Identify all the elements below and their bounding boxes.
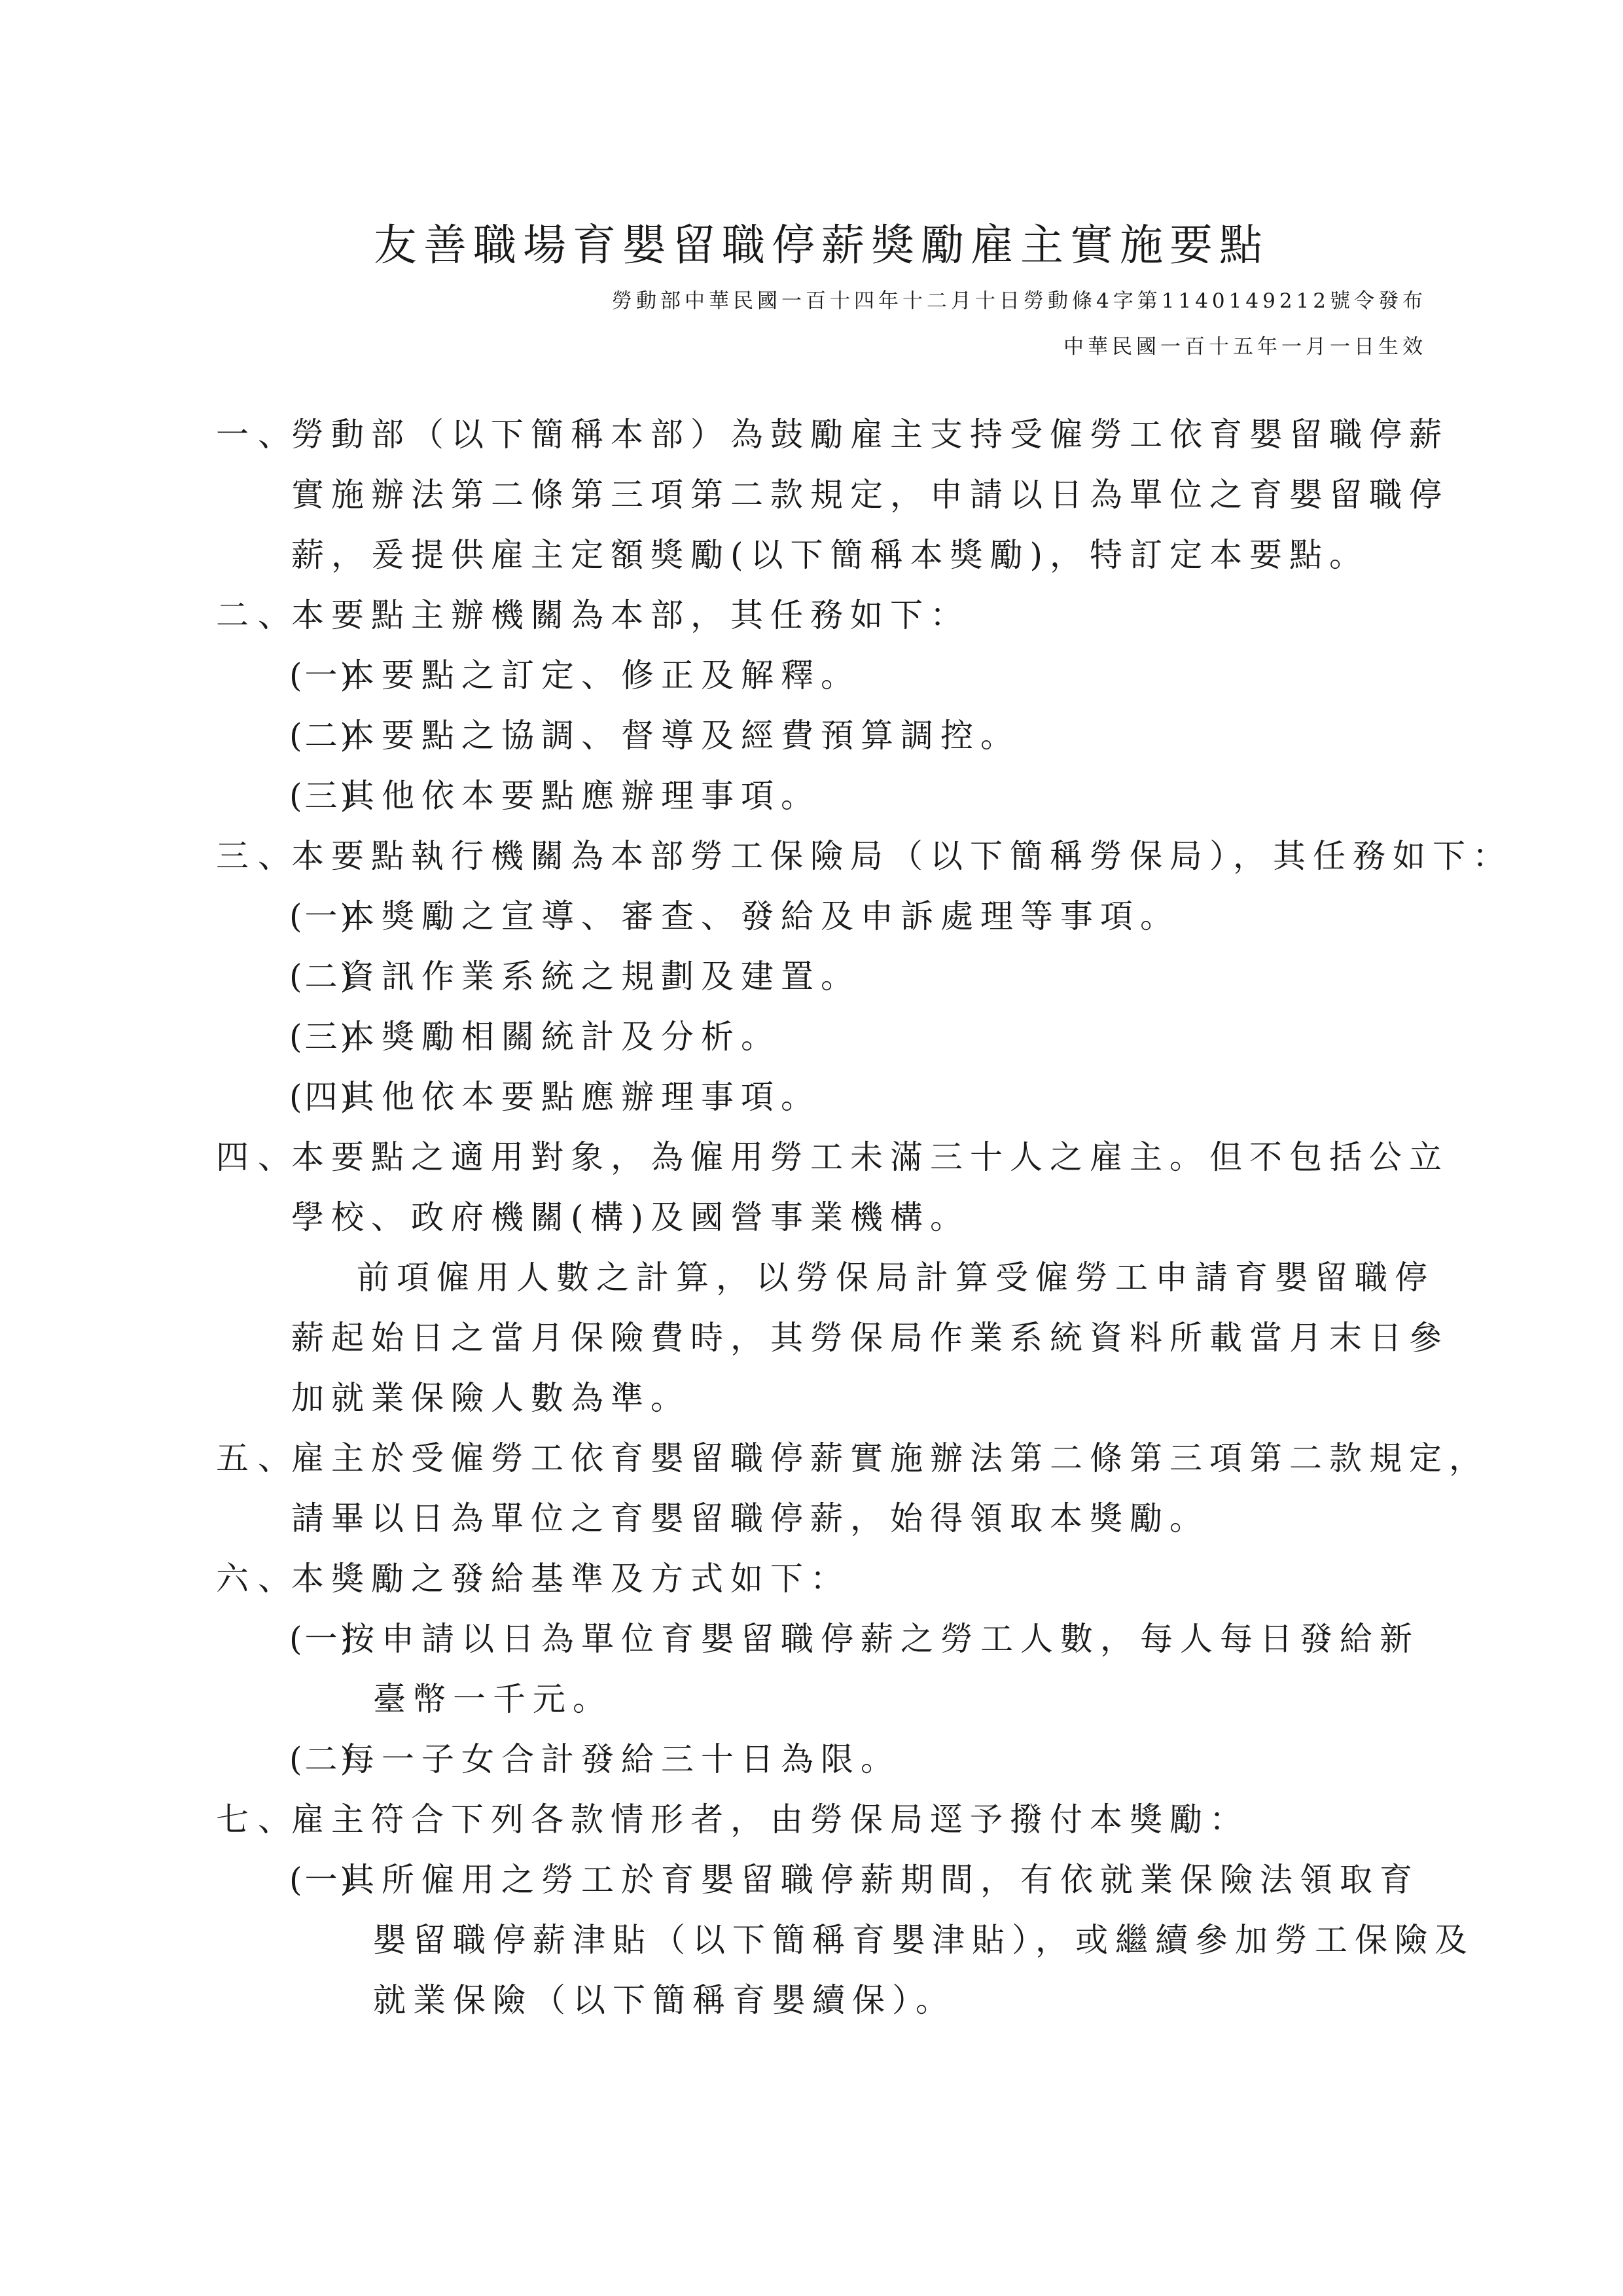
line-text: 本獎勵相關統計及分析。 (342, 1007, 781, 1067)
line-text: 本要點之協調、督導及經費預算調控。 (342, 706, 1020, 766)
section-number: 五、 (216, 1428, 300, 1488)
document-page: 友善職場育嬰留職停薪獎勵雇主實施要點 勞動部中華民國一百十四年十二月十日勞動條4… (0, 0, 1623, 2296)
continuation-line: 加就業保險人數為準。 (216, 1368, 1446, 1428)
line-text: 其所僱用之勞工於育嬰留職停薪期間，有依就業保險法領取育 (342, 1850, 1419, 1910)
section-number: 六、 (216, 1549, 300, 1609)
continuation-line: 實施辦法第二條第三項第二款規定，申請以日為單位之育嬰留職停 (216, 465, 1446, 525)
line-text: 薪起始日之當月保險費時，其勞保局作業系統資料所載當月末日參 (291, 1308, 1449, 1368)
continuation-line: 學校、政府機關(構)及國營事業機構。 (216, 1187, 1446, 1247)
section-number: 一、 (216, 404, 300, 465)
line-text: 加就業保險人數為準。 (291, 1368, 690, 1428)
line-text: 每一子女合計發給三十日為限。 (342, 1729, 901, 1789)
line-text: 本要點主辦機關為本部，其任務如下： (291, 585, 970, 645)
section-line: 六、本獎勵之發給基準及方式如下： (216, 1549, 1446, 1609)
line-text: 本要點執行機關為本部勞工保險局（以下簡稱勞保局），其任務如下： (291, 826, 1512, 886)
line-text: 嬰留職停薪津貼（以下簡稱育嬰津貼），或繼續參加勞工保險及 (373, 1910, 1474, 1970)
continuation-line: 就業保險（以下簡稱育嬰續保）。 (216, 1970, 1446, 2030)
line-text: 請畢以日為單位之育嬰留職停薪，始得領取本獎勵。 (291, 1488, 1209, 1549)
line-text: 薪，爰提供雇主定額獎勵(以下簡稱本獎勵)，特訂定本要點。 (291, 525, 1369, 585)
section-line: 五、雇主於受僱勞工依育嬰留職停薪實施辦法第二條第三項第二款規定， (216, 1428, 1446, 1488)
line-text: 其他依本要點應辦理事項。 (342, 766, 821, 826)
line-text: 雇主於受僱勞工依育嬰留職停薪實施辦法第二條第三項第二款規定， (291, 1428, 1489, 1488)
line-text: 雇主符合下列各款情形者，由勞保局逕予撥付本獎勵： (291, 1789, 1249, 1850)
continuation-line: 請畢以日為單位之育嬰留職停薪，始得領取本獎勵。 (216, 1488, 1446, 1549)
line-text: 本獎勵之宣導、審查、發給及申訴處理等事項。 (342, 886, 1180, 946)
line-text: 前項僱用人數之計算，以勞保局計算受僱勞工申請育嬰留職停 (357, 1247, 1435, 1308)
section-number: 三、 (216, 826, 300, 886)
continuation-line: 薪起始日之當月保險費時，其勞保局作業系統資料所載當月末日參 (216, 1308, 1446, 1368)
subsection-line: (二)資訊作業系統之規劃及建置。 (216, 946, 1446, 1007)
promulgation-notice: 勞動部中華民國一百十四年十二月十日勞動條4字第1140149212號令發布 (612, 288, 1427, 314)
section-line: 二、本要點主辦機關為本部，其任務如下： (216, 585, 1446, 645)
line-text: 本要點之適用對象，為僱用勞工未滿三十人之雇主。但不包括公立 (291, 1127, 1449, 1187)
line-text: 勞動部（以下簡稱本部）為鼓勵雇主支持受僱勞工依育嬰留職停薪 (291, 404, 1449, 465)
continuation-line: 薪，爰提供雇主定額獎勵(以下簡稱本獎勵)，特訂定本要點。 (216, 525, 1446, 585)
line-text: 臺幣一千元。 (373, 1669, 613, 1729)
continuation-line: 嬰留職停薪津貼（以下簡稱育嬰津貼），或繼續參加勞工保險及 (216, 1910, 1446, 1970)
subsection-line: (一)按申請以日為單位育嬰留職停薪之勞工人數，每人每日發給新 (216, 1609, 1446, 1669)
section-number: 七、 (216, 1789, 300, 1850)
subsection-line: (一)本要點之訂定、修正及解釋。 (216, 645, 1446, 706)
subsection-line: (四)其他依本要點應辦理事項。 (216, 1067, 1446, 1127)
section-line: 四、本要點之適用對象，為僱用勞工未滿三十人之雇主。但不包括公立 (216, 1127, 1446, 1187)
line-text: 本要點之訂定、修正及解釋。 (342, 645, 861, 706)
line-text: 其他依本要點應辦理事項。 (342, 1067, 821, 1127)
section-number: 二、 (216, 585, 300, 645)
section-line: 七、雇主符合下列各款情形者，由勞保局逕予撥付本獎勵： (216, 1789, 1446, 1850)
subsection-line: (一)其所僱用之勞工於育嬰留職停薪期間，有依就業保險法領取育 (216, 1850, 1446, 1910)
line-text: 就業保險（以下簡稱育嬰續保）。 (373, 1970, 955, 2030)
line-text: 按申請以日為單位育嬰留職停薪之勞工人數，每人每日發給新 (342, 1609, 1419, 1669)
section-line: 三、本要點執行機關為本部勞工保險局（以下簡稱勞保局），其任務如下： (216, 826, 1446, 886)
line-text: 學校、政府機關(構)及國營事業機構。 (291, 1187, 970, 1247)
line-text: 資訊作業系統之規劃及建置。 (342, 946, 861, 1007)
subsection-line: (三)其他依本要點應辦理事項。 (216, 766, 1446, 826)
paragraph-indent-line: 前項僱用人數之計算，以勞保局計算受僱勞工申請育嬰留職停 (216, 1247, 1446, 1308)
subsection-line: (二)每一子女合計發給三十日為限。 (216, 1729, 1446, 1789)
section-number: 四、 (216, 1127, 300, 1187)
document-body: 一、勞動部（以下簡稱本部）為鼓勵雇主支持受僱勞工依育嬰留職停薪實施辦法第二條第三… (216, 404, 1446, 2030)
line-text: 本獎勵之發給基準及方式如下： (291, 1549, 850, 1609)
document-title: 友善職場育嬰留職停薪獎勵雇主實施要點 (0, 216, 1623, 275)
subsection-line: (二)本要點之協調、督導及經費預算調控。 (216, 706, 1446, 766)
subsection-line: (一)本獎勵之宣導、審查、發給及申訴處理等事項。 (216, 886, 1446, 946)
effective-date: 中華民國一百十五年一月一日生效 (1063, 334, 1427, 360)
continuation-line: 臺幣一千元。 (216, 1669, 1446, 1729)
subsection-line: (三)本獎勵相關統計及分析。 (216, 1007, 1446, 1067)
line-text: 實施辦法第二條第三項第二款規定，申請以日為單位之育嬰留職停 (291, 465, 1449, 525)
section-line: 一、勞動部（以下簡稱本部）為鼓勵雇主支持受僱勞工依育嬰留職停薪 (216, 404, 1446, 465)
